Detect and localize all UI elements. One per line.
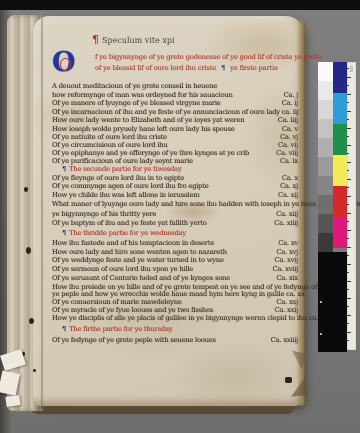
ruler-strip: cm: [347, 62, 356, 350]
toc-line-text: how reformynge of man was ordeyned for h…: [52, 91, 233, 99]
chapter-ref: Ca. xij: [278, 191, 298, 200]
gray-step: [318, 214, 333, 233]
ruler-tick: [347, 255, 349, 256]
ruler-tick: [347, 187, 349, 188]
toc-line-text: ye bigynnynge of his thritty yere: [52, 210, 156, 218]
chapter-ref: Ca. xviij: [273, 265, 298, 274]
ruler-tick: [347, 272, 349, 273]
chapter-ref: Ca. xxiiij: [271, 336, 298, 345]
ruler-tick: [347, 94, 351, 95]
toc-line-text: How ye childe ihu was left allone in ier…: [52, 191, 200, 199]
toc-line-text: Of ye commynge agen of oure lord ihu fro…: [52, 182, 208, 190]
dust-speck: [320, 301, 322, 303]
toc-line: How ye disciplis of alle ye placis of ga…: [52, 314, 300, 323]
color-calibration-bar: cm: [318, 62, 358, 352]
ruler-tick: [347, 111, 351, 112]
ruler-tick: [347, 289, 349, 290]
ruler-tick: [347, 119, 349, 120]
color-patches: [333, 62, 347, 248]
gray-step: [318, 119, 333, 138]
toc-line-text: How ye disciplis of alle ye placis of ga…: [52, 314, 333, 322]
chapter-ref: Ca. xj: [280, 182, 298, 191]
color-patch: [333, 155, 347, 186]
toc-line: How oure lady wente to Elizabeth and of …: [52, 116, 300, 125]
ruler-tick: [347, 238, 349, 239]
toc-line-text: A deuout meditacioun of ye grete conseil…: [52, 82, 217, 90]
toc-line: Of ye sermoun of oure lord ihu vpon ye h…: [52, 265, 300, 274]
toc-line: Of ye baptym of ihu and ye feste yat fal…: [52, 219, 300, 228]
gray-step: [318, 195, 333, 214]
ruler-tick: [347, 315, 351, 316]
incipit-line-2a: of ye blessid lif of oure lord ihu crist…: [95, 64, 216, 72]
toc-line-text: How oure lady and hire sone wenten agen …: [52, 248, 227, 256]
gray-step: [318, 62, 333, 81]
ruler-tick: [347, 221, 349, 222]
toc-line-text: Of ye fedynge of ye grete peple with seu…: [52, 336, 216, 344]
toc-line-text: Of ye sermoun of oure lord ihu vpon ye h…: [52, 265, 193, 273]
ruler-tick: [347, 68, 349, 69]
gray-step: [318, 157, 333, 176]
toc-line-text: Of ye epiphanye and ye offerynge of ye t…: [52, 149, 249, 157]
ruler-label: cm: [349, 66, 354, 72]
toc-line-text: Of ye baptym of ihu and ye feste yat fal…: [52, 219, 207, 227]
chapter-ref: Ca. xvij: [274, 256, 298, 265]
gray-step: [318, 100, 333, 119]
section-heading: ¶The secunde partie for ye tiwesday: [62, 165, 310, 174]
ruler-tick: [347, 213, 351, 214]
toc-line: Of ye commynge agen of oure lord ihu fro…: [52, 182, 300, 191]
toc-line-text: Of ye fleynge of oure lord ihu in to egi…: [52, 174, 184, 182]
toc-line: How ye childe ihu was left allone in ier…: [52, 191, 300, 200]
page-title-text: Speculum vite xpi: [102, 36, 175, 45]
ruler-tick: [347, 102, 349, 103]
table-of-contents: ¶Speculum vite xpi O f ye bigynnynge of …: [0, 0, 360, 433]
toc-line: ye bigynnynge of his thritty yereCa. xii…: [52, 210, 300, 219]
page-title: ¶Speculum vite xpi: [92, 33, 175, 46]
toc-line-text: Of ye incarnacioun of ihu and ye feste o…: [52, 108, 299, 116]
toc-line-text: Of ye myracle of ye fyue looues and ye t…: [52, 306, 213, 314]
incipit-line-2b: ye firste partie: [230, 64, 278, 72]
color-patch: [333, 62, 347, 93]
toc-line: Of ye fedynge of ye grete peple with seu…: [52, 336, 300, 345]
paraph-icon: ¶: [221, 64, 225, 72]
chapter-ref: Ca. ij: [282, 99, 298, 108]
toc-line-text: The firthe partie for ye thursday: [69, 325, 172, 333]
chapter-ref: Ca. xix: [276, 274, 298, 283]
incipit-line-1: f ye bigynnynge of ye grete godenesse of…: [95, 53, 321, 62]
paraph-icon: ¶: [62, 229, 66, 237]
toc-line-text: ye peple and how ye wrecchis wolde haue …: [52, 290, 305, 298]
ruler-tick: [347, 162, 351, 163]
color-patch: [333, 186, 347, 217]
toc-line-text: Of ye conuersioun of marie mawdeleyne: [52, 298, 182, 306]
gray-step: [318, 81, 333, 100]
toc-line: A deuout meditacioun of ye grete conseil…: [52, 82, 300, 91]
ruler-tick: [347, 196, 351, 197]
ruler-tick: [347, 77, 351, 78]
gray-step: [318, 138, 333, 157]
toc-line-text: What maner of lyuynge oure lady and hire…: [52, 200, 360, 208]
grayscale-wedge: [318, 62, 333, 252]
gray-step: [318, 176, 333, 195]
toc-line: Of ye manere of lyuynge of ye blessed vi…: [52, 99, 300, 108]
toc-line-text: How ioseph wolde pryuely haue left oure …: [52, 125, 235, 133]
ruler-tick: [347, 179, 351, 180]
color-patch: [333, 124, 347, 155]
paraph-icon: ¶: [62, 325, 66, 333]
section-heading: ¶The firthe partie for ye thursday: [62, 325, 310, 334]
chapter-ref: Ca. iiij: [278, 116, 298, 125]
ruler-tick: [347, 128, 351, 129]
ruler-tick: [347, 204, 349, 205]
ruler-tick: [347, 136, 349, 137]
section-heading: ¶The thridde partie for ye wednesday: [62, 229, 310, 238]
color-patch: [333, 93, 347, 124]
toc-line: How ihu fastede and of his temptacioun i…: [52, 239, 300, 248]
chapter-ref: Ca. xv: [278, 239, 298, 248]
toc-line-text: Of ye seruaunt of Centurio heled and of …: [52, 274, 230, 282]
paraph-icon: ¶: [92, 33, 99, 46]
toc-line-text: Of ye circumcisioun of oure lord ihu: [52, 141, 167, 149]
ruler-tick: [347, 281, 351, 282]
ruler-tick: [347, 323, 349, 324]
initial-flourish: [60, 58, 71, 71]
toc-line: Of ye seruaunt of Centurio heled and of …: [52, 274, 300, 283]
toc-line-text: How oure lady wente to Elizabeth and of …: [52, 116, 244, 124]
ruler-tick: [347, 230, 351, 231]
toc-line-text: Of ye manere of lyuynge of ye blessed vi…: [52, 99, 221, 107]
ruler-tick: [347, 264, 351, 265]
chapter-ref: Ca. xiij: [276, 210, 298, 219]
toc-line-text: The secunde partie for ye tiwesday: [69, 165, 181, 173]
ruler-tick: [347, 247, 351, 248]
ruler-tick: [347, 145, 351, 146]
ruler-tick: [347, 153, 349, 154]
ruler-tick: [347, 298, 351, 299]
calibration-black-block: [318, 252, 347, 352]
incipit-line-2: of ye blessid lif of oure lord ihu crist…: [95, 64, 278, 73]
toc-line-text: Of ye weddynge feste and ye water turned…: [52, 256, 224, 264]
photograph-frame: ¶Speculum vite xpi O f ye bigynnynge of …: [0, 0, 360, 433]
toc-line: What maner of lyuynge oure lady and hire…: [52, 200, 300, 209]
toc-line-text: Of ye purificacioun of oure lady seynt m…: [52, 157, 193, 165]
toc-line-text: How ihu fastede and of his temptacioun i…: [52, 239, 214, 247]
paraph-icon: ¶: [62, 165, 66, 173]
ruler-tick: [347, 332, 351, 333]
toc-line: Of ye weddynge feste and ye water turned…: [52, 256, 300, 265]
chapter-ref: Ca. xiiij: [274, 219, 298, 228]
color-patch: [333, 217, 347, 248]
gray-step: [318, 233, 333, 252]
ruler-tick: [347, 306, 349, 307]
toc-line-text: Of ye natiuite of oure lord ihu criste: [52, 133, 167, 141]
ruler-tick: [347, 340, 349, 341]
illuminated-initial: O: [52, 50, 76, 76]
toc-line-text: The thridde partie for ye wednesday: [69, 229, 186, 237]
ruler-tick: [347, 170, 349, 171]
ruler-tick: [347, 85, 349, 86]
dust-speck: [320, 333, 322, 335]
